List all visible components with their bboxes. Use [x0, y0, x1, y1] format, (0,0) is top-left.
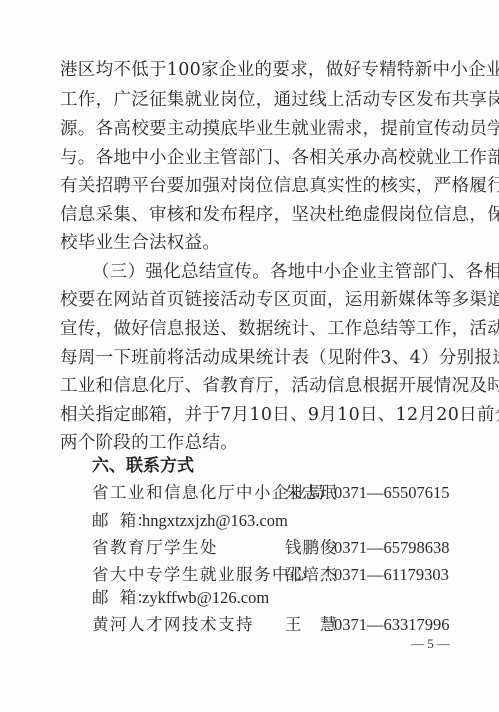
contact-phone: 0371—63317996: [334, 614, 450, 636]
email-address: hngxtzxjzh@163.com: [142, 510, 288, 532]
contact-person: 邵培杰: [285, 564, 338, 586]
contact-org: 省大中专学生就业服务中心: [92, 564, 308, 586]
document-page: 港区均不低于100家企业的要求，做好专精特新中小企业动员 工作，广泛征集就业岗位…: [0, 0, 499, 712]
text-line: 有关招聘平台要加强对岗位信息真实性的核实，严格履行招聘: [60, 175, 446, 197]
text-line: 宣传，做好信息报送、数据统计、工作总结等工作，活动期间: [60, 318, 446, 340]
text-line: 每周一下班前将活动成果统计表（见附件3、4）分别报送至省: [60, 347, 446, 369]
text-line: 工作，广泛征集就业岗位，通过线上活动专区发布共享岗位资: [60, 89, 446, 111]
contact-phone: 0371—61179303: [334, 564, 449, 586]
email-address: zykffwb@126.com: [142, 587, 269, 609]
text-line: 信息采集、审核和发布程序，坚决杜绝虚假岗位信息，保障高: [60, 204, 446, 226]
text-line: 两个阶段的工作总结。: [60, 432, 446, 454]
text-line: 工业和信息化厅、省教育厅，活动信息根据开展情况及时发送: [60, 375, 446, 397]
contact-person: 朱志珉: [285, 482, 338, 504]
contact-phone: 0371—65798638: [334, 537, 450, 559]
text-line: 港区均不低于100家企业的要求，做好专精特新中小企业动员: [60, 59, 446, 81]
text-line: 源。各高校要主动摸底毕业生就业需求，提前宣传动员学生参: [60, 118, 446, 140]
contact-org: 黄河人才网技术支持: [92, 614, 254, 636]
contact-person: 钱鹏俊: [285, 537, 338, 559]
text-line: 相关指定邮箱，并于7月10日、9月10日、12月20日前分别报送: [60, 404, 446, 426]
contact-phone: 0371—65507615: [334, 482, 450, 504]
text-line: （三）强化总结宣传。各地中小企业主管部门、各相关高: [92, 261, 446, 283]
contact-org: 省教育厅学生处: [92, 537, 218, 559]
page-number: — 5 —: [411, 636, 450, 652]
text-line: 校毕业生合法权益。: [60, 232, 446, 254]
contact-person: 王 慧: [285, 614, 338, 636]
text-line: 校要在网站首页链接活动专区页面，运用新媒体等多渠道进行: [60, 289, 446, 311]
section-heading: 六、联系方式: [92, 455, 194, 477]
text-line: 与。各地中小企业主管部门、各相关承办高校就业工作部门和: [60, 147, 446, 169]
